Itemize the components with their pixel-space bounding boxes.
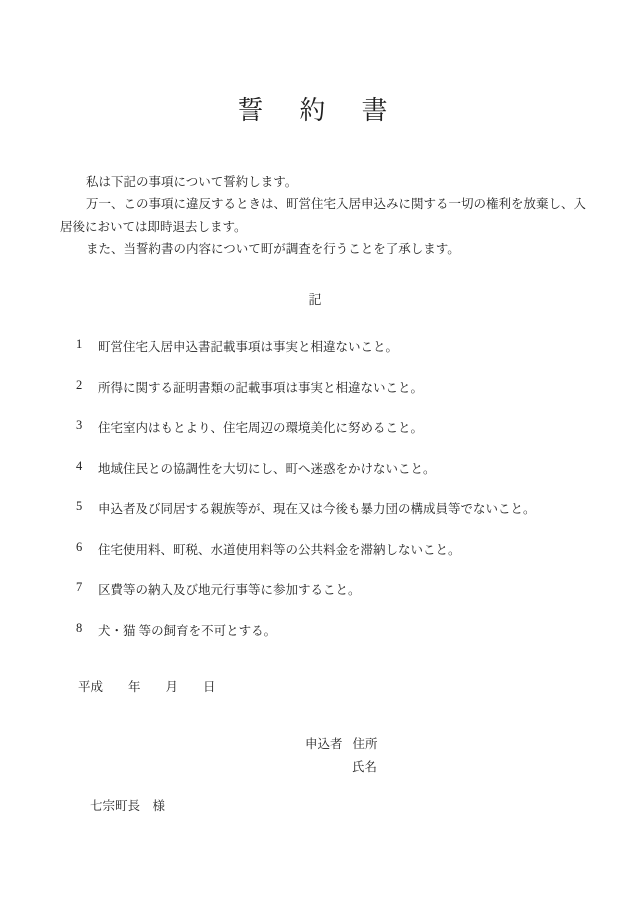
intro-paragraphs: 私は下記の事項について誓約します。 万一、この事項に違反するときは、町営住宅入居… xyxy=(60,171,562,261)
record-marker: 記 xyxy=(0,289,630,308)
pledge-item: 3 住宅室内はもとより、住宅周辺の環境美化に努めること。 xyxy=(76,418,580,459)
item-number: 1 xyxy=(76,337,98,352)
intro-line: 私は下記の事項について誓約します。 xyxy=(60,171,562,193)
pledge-item: 8 犬・猫 等の飼育を不可とする。 xyxy=(76,621,580,662)
addressee-line: 七宗町長 様 xyxy=(90,796,165,814)
applicant-signature-block: 申込者住所 氏名 xyxy=(305,733,378,778)
applicant-label: 申込者 xyxy=(305,737,343,751)
pledge-item: 1 町営住宅入居申込書記載事項は事実と相違ないこと。 xyxy=(76,337,580,378)
pledge-item: 6 住宅使用料、町税、水道使用料等の公共料金を滞納しないこと。 xyxy=(76,540,580,581)
intro-line: 万一、この事項に違反するときは、町営住宅入居申込みに関する一切の権利を放棄し、入 xyxy=(60,193,562,215)
item-number: 4 xyxy=(76,459,98,474)
item-text: 所得に関する証明書類の記載事項は事実と相違ないこと。 xyxy=(98,378,423,396)
item-text: 住宅使用料、町税、水道使用料等の公共料金を滞納しないこと。 xyxy=(98,540,461,558)
intro-line: 居後においては即時退去します。 xyxy=(60,216,562,238)
item-number: 3 xyxy=(76,418,98,433)
pledge-item: 2 所得に関する証明書類の記載事項は事実と相違ないこと。 xyxy=(76,378,580,419)
item-text: 住宅室内はもとより、住宅周辺の環境美化に努めること。 xyxy=(98,418,423,436)
item-text: 地域住民との協調性を大切にし、町へ迷惑をかけないこと。 xyxy=(98,459,436,477)
applicant-address-line: 申込者住所 xyxy=(305,733,378,756)
item-text: 区費等の納入及び地元行事等に参加すること。 xyxy=(98,580,361,598)
item-number: 2 xyxy=(76,378,98,393)
pledge-item: 7 区費等の納入及び地元行事等に参加すること。 xyxy=(76,580,580,621)
document-title: 誓 約 書 xyxy=(0,90,630,127)
pledge-item: 5 申込者及び同居する親族等が、現在又は今後も暴力団の構成員等でないこと。 xyxy=(76,499,580,540)
item-number: 8 xyxy=(76,621,98,636)
pledge-document: 誓 約 書 私は下記の事項について誓約します。 万一、この事項に違反するときは、… xyxy=(0,0,630,903)
item-number: 5 xyxy=(76,499,98,514)
pledge-item: 4 地域住民との協調性を大切にし、町へ迷惑をかけないこと。 xyxy=(76,459,580,500)
address-label: 住所 xyxy=(353,737,378,751)
pledge-items-list: 1 町営住宅入居申込書記載事項は事実と相違ないこと。 2 所得に関する証明書類の… xyxy=(76,337,580,661)
item-number: 7 xyxy=(76,580,98,595)
item-text: 町営住宅入居申込書記載事項は事実と相違ないこと。 xyxy=(98,337,398,355)
date-line: 平成 年 月 日 xyxy=(78,677,216,695)
item-text: 申込者及び同居する親族等が、現在又は今後も暴力団の構成員等でないこと。 xyxy=(98,499,536,517)
name-label: 氏名 xyxy=(352,756,378,779)
intro-line: また、当誓約書の内容について町が調査を行うことを了承します。 xyxy=(60,238,562,260)
item-number: 6 xyxy=(76,540,98,555)
item-text: 犬・猫 等の飼育を不可とする。 xyxy=(98,621,276,639)
